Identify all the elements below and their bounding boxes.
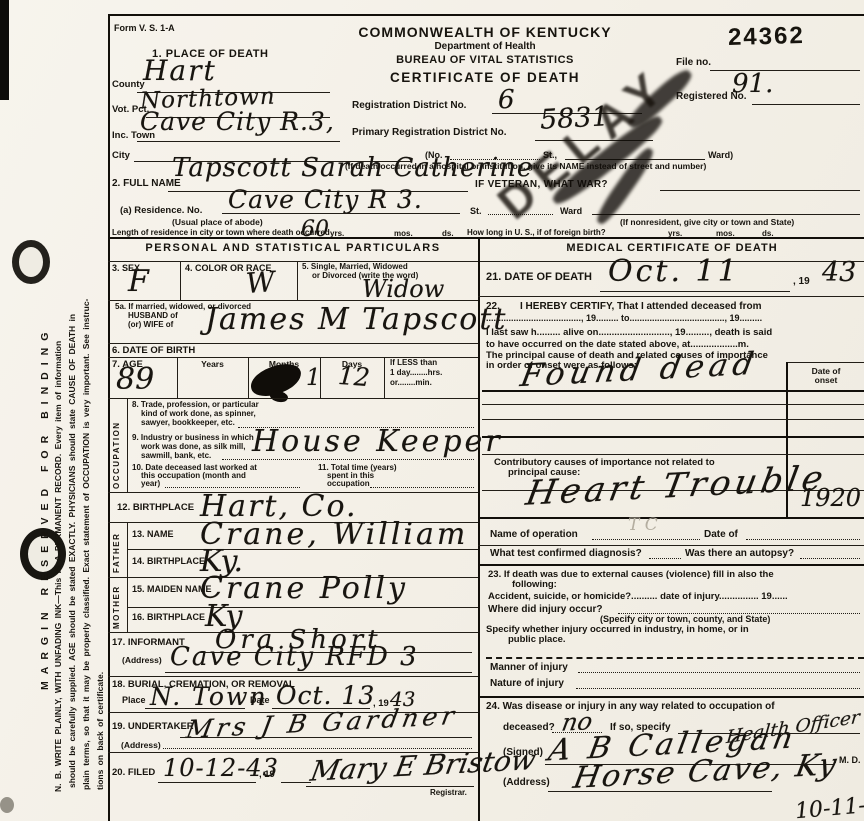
manner-injury-dots bbox=[578, 672, 860, 673]
external-causes-line2: following: bbox=[512, 580, 557, 590]
cause-rule-3 bbox=[482, 419, 864, 420]
nature-injury-dots bbox=[576, 688, 860, 689]
months-days-border bbox=[320, 357, 321, 398]
father-birthplace-label: 14. BIRTHPLACE bbox=[132, 557, 205, 567]
specify-injury-line2: public place. bbox=[508, 635, 566, 645]
registrar-label: Registrar. bbox=[430, 789, 467, 798]
inc-town-value: Cave City R.3, bbox=[140, 108, 335, 135]
margin-note-line3: plain terms, so that it may be properly … bbox=[82, 299, 91, 790]
residence-ward-line bbox=[592, 214, 860, 215]
autopsy-label: Was there an autopsy? bbox=[685, 549, 794, 560]
row5a-bottom-rule bbox=[108, 343, 478, 344]
filed-label: 20. FILED bbox=[112, 768, 155, 778]
totaltime-label-line3: occupation bbox=[327, 480, 370, 489]
contributory-cause-text: Heart Trouble bbox=[523, 460, 830, 512]
operation-pencil-mark: T C bbox=[628, 516, 658, 534]
mother-side-label: MOTHER bbox=[113, 585, 122, 629]
row7-bottom-rule bbox=[108, 398, 478, 399]
certificate-title: CERTIFICATE OF DEATH bbox=[330, 71, 640, 86]
date-of-death-value: Oct. 11 bbox=[608, 256, 740, 288]
commonwealth-title: COMMONWEALTH OF KENTUCKY bbox=[330, 25, 640, 40]
registration-district-value: 6 bbox=[498, 86, 515, 114]
occupation-strip-border bbox=[127, 398, 128, 492]
physician-address-value: Horse Cave, Ky bbox=[575, 756, 836, 788]
punch-hole-top bbox=[12, 240, 50, 284]
mother-strip-border bbox=[127, 577, 128, 632]
undertaker-line bbox=[180, 737, 472, 738]
section-top-rule bbox=[108, 237, 864, 239]
mother-birthplace-label: 16. BIRTHPLACE bbox=[132, 613, 205, 623]
dod-year-value: 43 bbox=[822, 258, 856, 287]
row21-bottom-rule bbox=[478, 296, 864, 297]
filed-year-line bbox=[281, 782, 311, 783]
physician-address-label: (Address) bbox=[503, 778, 550, 789]
undertaker-value: Mrs J B Gardner bbox=[188, 709, 456, 736]
undertaker-address-label: (Address) bbox=[121, 741, 161, 750]
test-label: What test confirmed diagnosis? bbox=[490, 549, 642, 560]
informant-address-value: Cave City RFD 3 bbox=[170, 643, 419, 671]
registered-no-value: 91. bbox=[732, 70, 773, 98]
margin-note-line1: N. B. WRITE PLAINLY, WITH UNFADING INK—T… bbox=[54, 341, 63, 792]
nonresident-note: (If nonresident, give city or town and S… bbox=[620, 218, 794, 227]
primary-district-label: Primary Registration District No. bbox=[352, 128, 506, 139]
test-bottom-rule bbox=[478, 564, 864, 566]
autopsy-dots bbox=[800, 558, 860, 559]
form-number: Form V. S. 1-A bbox=[114, 24, 175, 34]
row3-bottom-rule bbox=[108, 300, 478, 301]
full-name-value: Tapscott Sarah Catherine bbox=[172, 154, 533, 182]
age-years-border bbox=[177, 357, 178, 398]
onset-header-line2: onset bbox=[790, 376, 862, 385]
residence-value: Cave City R 3. bbox=[228, 186, 423, 213]
age-years-label: Years bbox=[177, 360, 248, 369]
test-dots bbox=[649, 558, 681, 559]
occupation-related-line1: 24. Was disease or injury in any way rel… bbox=[486, 702, 775, 713]
inc-town-line bbox=[137, 141, 340, 142]
scan-edge-bar bbox=[0, 0, 9, 100]
onset-box-top bbox=[786, 362, 864, 363]
health-officer-annotation: Health Officer bbox=[728, 718, 858, 737]
bureau-subtitle: BUREAU OF VITAL STATISTICS bbox=[330, 55, 640, 67]
contributory-onset-value: 1920 bbox=[800, 486, 861, 512]
row17-bottom-rule bbox=[108, 676, 478, 677]
form-top-border bbox=[108, 14, 864, 16]
manner-injury-label: Manner of injury bbox=[490, 663, 568, 674]
spouse-value: James M Tapscott bbox=[205, 304, 507, 336]
operation-dots bbox=[592, 539, 700, 540]
physician-address-line bbox=[548, 791, 772, 792]
age-less-label-line3: or........min. bbox=[390, 379, 432, 388]
father-name-label: 13. NAME bbox=[132, 530, 174, 540]
sex-race-border bbox=[180, 261, 181, 300]
department-subtitle: Department of Health bbox=[330, 42, 640, 53]
row13-bottom-rule bbox=[127, 549, 478, 550]
section-band-rule bbox=[108, 261, 864, 262]
age-days-value: 12 bbox=[337, 362, 371, 391]
age-months-value: 1 bbox=[306, 366, 321, 391]
dod-year-printed: , 19 bbox=[793, 277, 810, 288]
race-value: W bbox=[245, 267, 276, 299]
date-of-death-label: 21. DATE OF DEATH bbox=[486, 272, 592, 284]
signed-label: (Signed) bbox=[503, 748, 543, 759]
dob-label: 6. DATE OF BIRTH bbox=[112, 346, 195, 356]
registrar-signature: Mary E Bristow bbox=[312, 751, 534, 781]
operation-date-dots bbox=[746, 539, 860, 540]
certify-line1: I HEREBY CERTIFY, That I attended deceas… bbox=[520, 302, 762, 313]
operation-date-label: Date of bbox=[704, 530, 738, 541]
city-label: City bbox=[112, 151, 130, 161]
where-injury-label: Where did injury occur? bbox=[488, 605, 602, 616]
abode-note: (Usual place of abode) bbox=[172, 218, 263, 227]
registrar-line bbox=[306, 786, 474, 787]
certify-number: 22. bbox=[486, 302, 500, 313]
lastworked-dots bbox=[165, 487, 300, 488]
cause-rule-1 bbox=[482, 390, 864, 392]
residence-ward-label: Ward bbox=[560, 207, 582, 217]
nature-injury-label: Nature of injury bbox=[490, 679, 564, 690]
operation-label: Name of operation bbox=[490, 530, 578, 541]
contributory-value: Heart Trouble bbox=[528, 468, 825, 505]
personal-section-title: PERSONAL AND STATISTICAL PARTICULARS bbox=[108, 243, 478, 255]
file-no-label: File no. bbox=[676, 58, 711, 69]
burial-place-label: Place bbox=[122, 696, 146, 706]
informant-address-label: (Address) bbox=[122, 656, 162, 665]
filed-year-printed: , 19 bbox=[259, 770, 275, 780]
accident-line: Accident, suicide, or homicide?.........… bbox=[488, 592, 788, 602]
physician-address-text: Horse Cave, Ky bbox=[571, 749, 841, 795]
days-less-border bbox=[384, 357, 385, 398]
lastsaw-line1: I last saw h......... alive on..........… bbox=[486, 328, 772, 338]
registered-no-line bbox=[752, 104, 860, 105]
filed-line bbox=[158, 782, 256, 783]
race-marital-border bbox=[297, 261, 298, 300]
trade-label-line3: sawyer, bookkeeper, etc. bbox=[141, 419, 235, 428]
industry-label-line3: sawmill, bank, etc. bbox=[141, 452, 211, 461]
residence-st-label: St. bbox=[470, 207, 482, 217]
full-name-label: 2. FULL NAME bbox=[112, 179, 181, 190]
cause-rule-4 bbox=[482, 436, 864, 438]
age-less-label-line2: 1 day........hrs. bbox=[390, 369, 442, 378]
form-left-border bbox=[108, 14, 110, 821]
veteran-line bbox=[660, 190, 860, 191]
age-value: 89 bbox=[116, 364, 154, 396]
father-side-label: FATHER bbox=[113, 533, 122, 573]
birthplace-label: 12. BIRTHPLACE bbox=[117, 503, 194, 513]
margin-binding-note: MARGIN RESERVED FOR BINDING bbox=[40, 326, 51, 690]
row15-bottom-rule bbox=[127, 607, 478, 608]
burial-date-value: Oct. 13 bbox=[276, 682, 375, 709]
registration-district-label: Registration District No. bbox=[352, 101, 466, 112]
cause-rule-5 bbox=[482, 454, 864, 455]
occupation-side-label: OCCUPATION bbox=[113, 421, 122, 489]
industry-value: House Keeper bbox=[252, 426, 503, 458]
death-certificate-scan: MARGIN RESERVED FOR BINDING N. B. WRITE … bbox=[0, 0, 864, 821]
margin-note-line4: tions on back of certificate. bbox=[96, 672, 105, 790]
industry-dots bbox=[222, 459, 474, 460]
bottom-date-value: 10-11-43 bbox=[794, 792, 864, 821]
spouse-label-line3: (or) WIFE of bbox=[128, 321, 173, 330]
operation-bottom-rule bbox=[478, 545, 864, 546]
years-months-border bbox=[248, 357, 249, 398]
contributory-rule-2 bbox=[478, 517, 864, 519]
cause-rule-2 bbox=[482, 404, 864, 405]
informant-address-line bbox=[165, 672, 472, 673]
date-of-death-line bbox=[600, 291, 790, 292]
scan-blob bbox=[0, 797, 14, 813]
deceased-label: deceased? bbox=[503, 723, 555, 734]
residence-label: (a) Residence. No. bbox=[120, 206, 202, 216]
burial-date-label: Date bbox=[250, 696, 270, 706]
nature-bottom-rule bbox=[478, 696, 864, 698]
sex-value: F bbox=[128, 266, 149, 298]
injury-dashed-rule bbox=[486, 657, 864, 659]
county-value: Hart bbox=[143, 56, 217, 86]
residence-line bbox=[222, 213, 460, 214]
margin-note-line2: should be carefully supplied. AGE should… bbox=[68, 314, 77, 788]
principal-cause-text: Found dead bbox=[518, 348, 761, 394]
totaltime-dots bbox=[370, 487, 474, 488]
street-ward-label: Ward) bbox=[708, 151, 733, 161]
certify-line2: ......................................, … bbox=[486, 314, 762, 324]
lastworked-label-line3: year) bbox=[141, 480, 160, 489]
certificate-number-stamp: 24362 bbox=[728, 23, 805, 51]
age-less-label-line1: If LESS than bbox=[390, 359, 437, 368]
principal-cause-value: Found dead bbox=[522, 354, 757, 387]
undertaker-label: 19. UNDERTAKER bbox=[112, 722, 194, 732]
